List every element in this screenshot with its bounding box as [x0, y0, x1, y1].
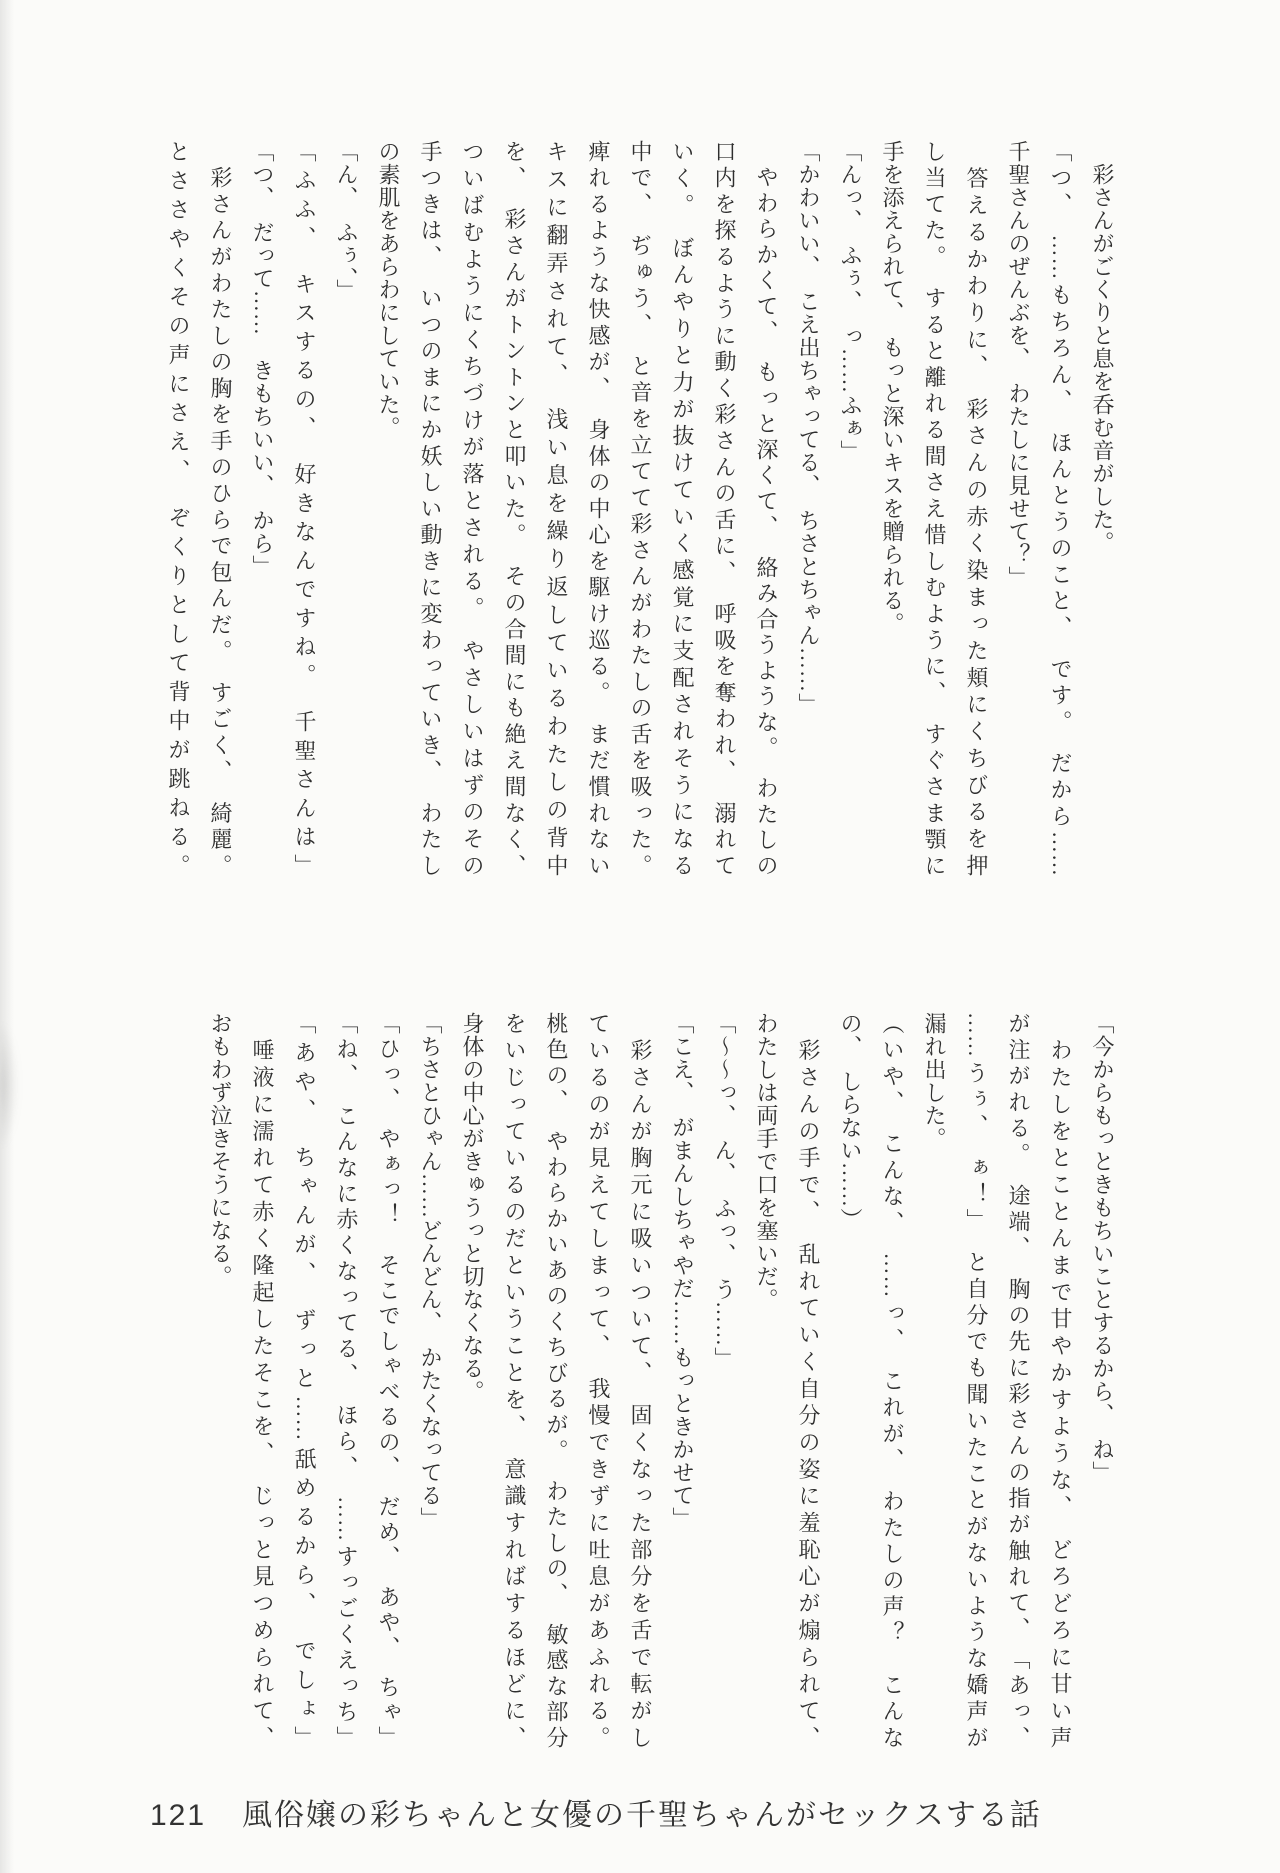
- text-column: 痺れるような快感が、 身体の中心を駆け巡る。 まだ慣れない: [577, 140, 619, 877]
- text-column: 彩さんが胸元に吸いついて、 固くなった部分を舌で転がし: [619, 1012, 661, 1749]
- text-column: 答えるかわりに、 彩さんの赤く染まった頬にくちびるを押: [955, 140, 997, 877]
- page-number: 121: [150, 1799, 206, 1833]
- text-column: 「あや、 ちゃんが、 ずっと……舐めるから、 でしょ」: [283, 1012, 325, 1749]
- text-column: いく。 ぼんやりと力が抜けていく感覚に支配されそうになる: [661, 140, 703, 877]
- text-column: 「こえ、 がまんしちゃやだ……もっときかせて」: [661, 1012, 703, 1749]
- text-column: 彩さんの手で、 乱れていく自分の姿に羞恥心が煽られて、: [787, 1012, 829, 1749]
- text-column: の、 しらない……）: [829, 1012, 871, 1749]
- text-column: 「ひっ、 やぁっ！ そこでしゃべるの、 だめ、 あや、 ちゃ」: [367, 1012, 409, 1749]
- text-column: おもわず泣きそうになる。: [199, 1012, 241, 1749]
- text-column: 身体の中心がきゅうっと切なくなる。: [451, 1012, 493, 1749]
- text-column: を、 彩さんがトントンと叩いた。 その合間にも絶え間なく、: [493, 140, 535, 877]
- text-column: ついばむようにくちづけが落とされる。 やさしいはずのその: [451, 140, 493, 877]
- text-column: 唾液に濡れて赤く隆起したそこを、 じっと見つめられて、: [241, 1012, 283, 1749]
- text-column: 漏れ出した。: [913, 1012, 955, 1749]
- text-column: し当てた。 すると離れる間さえ惜しむように、 すぐさま顎に: [913, 140, 955, 877]
- text-column: 「～～っ、 ん、 ふっ、 う……」: [703, 1012, 745, 1749]
- text-column: 中で、 ぢゅう、 と音を立てて彩さんがわたしの舌を吸った。: [619, 140, 661, 877]
- text-column: 彩さんがごくりと息を呑む音がした。: [1081, 140, 1123, 877]
- bottom-text-block: 「今からもっときもちいことするから、 ね」 わたしをとことんまで甘やかすような、…: [199, 1012, 1123, 1749]
- text-column: 「つ、 ……もちろん、 ほんとうのこと、 です。 だから……: [1039, 140, 1081, 877]
- text-column: わたしは両手で口を塞いだ。: [745, 1012, 787, 1749]
- scan-edge-artifact: [0, 0, 14, 1873]
- novel-page: 彩さんがごくりと息を呑む音がした。「つ、 ……もちろん、 ほんとうのこと、 です…: [0, 0, 1280, 1873]
- text-column: 「つ、 だって…… きもちいい、 から」: [241, 140, 283, 877]
- text-column: ……うぅ、 ぁ！」 と自分でも聞いたことがないような嬌声が: [955, 1012, 997, 1749]
- text-column: 「ね、 こんなに赤くなってる、 ほら、 ……すっごくえっち」: [325, 1012, 367, 1749]
- text-column: わたしをとことんまで甘やかすような、 どろどろに甘い声: [1039, 1012, 1081, 1749]
- text-column: ているのが見えてしまって、 我慢できずに吐息があふれる。: [577, 1012, 619, 1749]
- page-footer: 121 風俗嬢の彩ちゃんと女優の千聖ちゃんがセックスする話: [150, 1790, 1042, 1834]
- text-column: 桃色の、 やわらかいあのくちびるが。 わたしの、 敏感な部分: [535, 1012, 577, 1749]
- scan-smudge-artifact: [0, 1020, 20, 1150]
- text-column: をいじっているのだということを、 意識すればするほどに、: [493, 1012, 535, 1749]
- text-column: 「今からもっときもちいことするから、 ね」: [1081, 1012, 1123, 1749]
- footer-title: 風俗嬢の彩ちゃんと女優の千聖ちゃんがセックスする話: [242, 1790, 1042, 1834]
- text-column: 「んっ、 ふぅ、 っ……ふぁ」: [829, 140, 871, 877]
- text-column: （いや、 こんな、 ……っ、 これが、 わたしの声？ こんな: [871, 1012, 913, 1749]
- text-column: が注がれる。 途端、 胸の先に彩さんの指が触れて、 「あっ、: [997, 1012, 1039, 1749]
- text-column: とささやくその声にさえ、 ぞくりとして背中が跳ねる。: [157, 140, 199, 877]
- text-column: キスに翻弄されて、 浅い息を繰り返しているわたしの背中: [535, 140, 577, 877]
- text-column: 手つきは、 いつのまにか妖しい動きに変わっていき、 わたし: [409, 140, 451, 877]
- text-column: 「かわいい、 こえ出ちゃってる、 ちさとちゃん……」: [787, 140, 829, 877]
- text-column: 口内を探るように動く彩さんの舌に、 呼吸を奪われ、 溺れて: [703, 140, 745, 877]
- text-column: 「ちさとひゃん……どんどん、 かたくなってる」: [409, 1012, 451, 1749]
- text-column: の素肌をあらわにしていた。: [367, 140, 409, 877]
- top-text-block: 彩さんがごくりと息を呑む音がした。「つ、 ……もちろん、 ほんとうのこと、 です…: [157, 140, 1123, 877]
- text-column: 手を添えられて、 もっと深いキスを贈られる。: [871, 140, 913, 877]
- text-column: 「ふふ、 キスするの、 好きなんですね。 千聖さんは」: [283, 140, 325, 877]
- text-column: 彩さんがわたしの胸を手のひらで包んだ。 すごく、 綺麗。: [199, 140, 241, 877]
- text-column: 千聖さんのぜんぶを、 わたしに見せて？」: [997, 140, 1039, 877]
- text-column: 「ん、 ふぅ、」: [325, 140, 367, 877]
- text-column: やわらかくて、 もっと深くて、 絡み合うような。 わたしの: [745, 140, 787, 877]
